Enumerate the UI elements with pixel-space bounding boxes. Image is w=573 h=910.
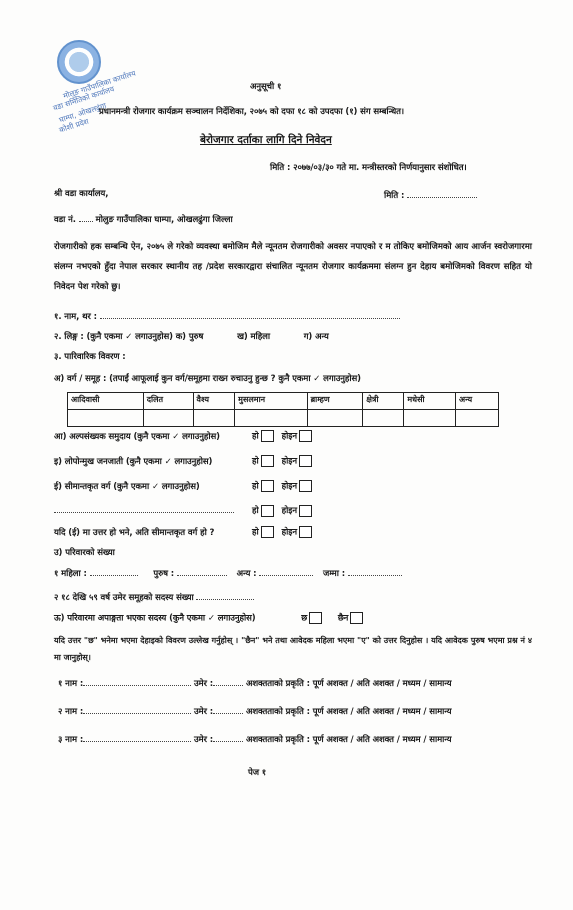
ward-number-field[interactable] [79,213,93,222]
caste-table: आदिवासीदलितवैश्यमुसलमानब्राम्हणक्षेत्रीम… [67,392,499,427]
member-name-label: १ नाम : [58,679,83,689]
gender-question: २. लिङ्ग : (कुनै एकमा ✓ लगाउनुहोस) क) पु… [54,331,329,342]
caste-header: दलित [143,393,193,410]
intro-paragraph: रोजगारीको हक सम्बन्धि ऐन, २०७५ ले गरेको … [54,237,532,297]
instruction-note: यदि उत्तर "छ" भनेमा भएमा देहाइको विवरण उ… [54,632,532,666]
date-field[interactable]: मिति : [384,189,477,201]
other-label: अन्य : [237,569,257,579]
disabled-member-row: २ नाम : उमेर : अशक्तताको प्रकृति : पूर्ण… [58,705,452,717]
no-checkbox[interactable] [299,505,312,517]
caste-checkbox-cell[interactable] [143,410,193,427]
disabled-member-question: ऊ) परिवारमा अपाङ्गता भएका सदस्य (कुनै एक… [54,612,363,624]
member-name-label: २ नाम : [58,707,83,717]
member-age-field[interactable] [213,677,243,686]
no-checkbox[interactable] [299,526,312,538]
gender-female-option[interactable]: ख) महिला [237,332,270,342]
yes-no-row: ई) सीमान्तकृत वर्ग (कुनै एकमा ✓ लगाउनुहो… [54,480,312,492]
no-checkbox[interactable] [299,430,312,442]
total-count-field[interactable] [348,567,402,576]
disability-nature-options[interactable]: पूर्ण अशक्त / अति अशक्त / मध्यम / सामान्… [313,707,452,717]
no-checkbox[interactable] [299,480,312,492]
ward-label: वडा नं. [54,215,76,225]
none-label: छैन [338,614,348,624]
yes-no-row: इ) लोपोन्मुख जनजाती (कुनै एकमा ✓ लगाउनुह… [54,455,312,467]
yes-label: हो [252,457,259,467]
none-checkbox[interactable] [350,612,363,624]
yes-checkbox[interactable] [261,455,274,467]
age-group-label: २ १८ देखि ५९ वर्ष उमेर समूहको सदस्य संख्… [54,593,194,603]
member-name-label: ३ नाम : [58,735,83,745]
yes-no-row: यदि (ई) मा उत्तर हो भने, अति सीमान्तकृत … [54,526,312,538]
yes-no-question: ई) सीमान्तकृत वर्ग (कुनै एकमा ✓ लगाउनुहो… [54,481,252,492]
has-checkbox[interactable] [309,612,322,624]
member-name-field[interactable] [83,677,191,686]
yes-no-row: आ) अल्पसंख्यक समुदाय (कुनै एकमा ✓ लगाउनु… [54,430,312,442]
yes-no-question: इ) लोपोन्मुख जनजाती (कुनै एकमा ✓ लगाउनुह… [54,456,252,467]
disability-nature-label: अशक्तताको प्रकृति : [246,735,310,745]
custom-category-field[interactable] [54,504,234,513]
page-title: बेरोजगार दर्ताका लागि दिने निवेदन [200,133,332,147]
age-group-count-field[interactable] [196,591,254,600]
yes-checkbox[interactable] [261,526,274,538]
page-number: पेज १ [248,767,266,778]
disability-nature-options[interactable]: पूर्ण अशक्त / अति अशक्त / मध्यम / सामान्… [313,735,452,745]
amendment-note: मिति : २०७७/०३/३० गते मा. मन्त्रीस्तरको … [270,162,467,173]
other-count-field[interactable] [259,567,313,576]
family-details-heading: ३. पारिवारिक विवरण : [54,351,126,362]
disability-nature-label: अशक्तताको प्रकृति : [246,707,310,717]
no-label: होइन [282,432,297,442]
caste-header: वैश्य [193,393,235,410]
caste-header: अन्य [455,393,498,410]
name-field[interactable]: १. नाम, थर : [54,310,400,322]
yes-checkbox[interactable] [261,505,274,517]
member-name-field[interactable] [83,705,191,714]
no-label: होइन [282,482,297,492]
yes-no-question: यदि (ई) मा उत्तर हो भने, अति सीमान्तकृत … [54,527,252,538]
has-label: छ [301,614,307,624]
yes-no-question [54,504,252,516]
member-name-field[interactable] [83,733,191,742]
age-group-row: २ १८ देखि ५९ वर्ष उमेर समूहको सदस्य संख्… [54,591,254,603]
reference-text: प्रधानमन्त्री रोजगार कार्यक्रम सञ्चालन न… [99,106,404,117]
caste-question: अ) वर्ग / समूह : (तपाईं आफूलाई कुन वर्ग/… [54,373,361,384]
caste-header: मधेसी [404,393,456,410]
office-seal-icon [57,40,101,84]
disability-nature-options[interactable]: पूर्ण अशक्त / अति अशक्त / मध्यम / सामान्… [313,679,452,689]
gender-male-option[interactable]: २. लिङ्ग : (कुनै एकमा ✓ लगाउनुहोस) क) पु… [54,332,203,342]
family-count-row: १ महिला : पुरुष : अन्य : जम्मा : [54,567,402,579]
yes-label: हो [252,432,259,442]
member-age-field[interactable] [213,733,243,742]
female-count-field[interactable] [90,567,138,576]
member-age-field[interactable] [213,705,243,714]
caste-checkbox-cell[interactable] [235,410,307,427]
caste-checkbox-cell[interactable] [363,410,404,427]
yes-label: हो [252,506,259,516]
caste-checkbox-cell[interactable] [193,410,235,427]
ward-address: मोलुङ गाउँपालिका घाम्पा, ओखलढुंगा जिल्ला [96,215,233,225]
disabled-member-row: ३ नाम : उमेर : अशक्तताको प्रकृति : पूर्ण… [58,733,452,745]
yes-label: हो [252,482,259,492]
caste-checkbox-cell[interactable] [68,410,144,427]
yes-label: हो [252,528,259,538]
member-age-label: उमेर : [194,707,213,717]
member-age-label: उमेर : [194,735,213,745]
total-label: जम्मा : [323,569,345,579]
no-checkbox[interactable] [299,455,312,467]
no-label: होइन [282,457,297,467]
caste-header: ब्राम्हण [307,393,363,410]
yes-no-question: आ) अल्पसंख्यक समुदाय (कुनै एकमा ✓ लगाउनु… [54,431,252,442]
disabled-member-row: १ नाम : उमेर : अशक्तताको प्रकृति : पूर्ण… [58,677,452,689]
no-label: होइन [282,506,297,516]
disabled-question-label: ऊ) परिवारमा अपाङ्गता भएका सदस्य (कुनै एक… [54,614,256,624]
caste-checkbox-cell[interactable] [307,410,363,427]
male-label: पुरुष : [153,569,174,579]
caste-checkbox-cell[interactable] [404,410,456,427]
yes-checkbox[interactable] [261,480,274,492]
recipient: श्री वडा कार्यालय, [54,188,108,199]
no-label: होइन [282,528,297,538]
caste-header: आदिवासी [68,393,144,410]
member-age-label: उमेर : [194,679,213,689]
annex-label: अनुसूची १ [250,81,281,92]
name-label: १. नाम, थर : [54,312,97,322]
male-count-field[interactable] [177,567,227,576]
caste-checkbox-cell[interactable] [455,410,498,427]
disability-nature-label: अशक्तताको प्रकृति : [246,679,310,689]
caste-header: क्षेत्री [363,393,404,410]
female-label: १ महिला : [54,569,87,579]
gender-other-option[interactable]: ग) अन्य [304,332,329,342]
date-label: मिति : [384,191,404,201]
yes-no-row: होहोइन [54,504,312,517]
yes-checkbox[interactable] [261,430,274,442]
family-count-heading: उ) परिवारको संख्या [54,547,115,558]
caste-header: मुसलमान [235,393,307,410]
ward-line: वडा नं. मोलुङ गाउँपालिका घाम्पा, ओखलढुंग… [54,213,233,225]
